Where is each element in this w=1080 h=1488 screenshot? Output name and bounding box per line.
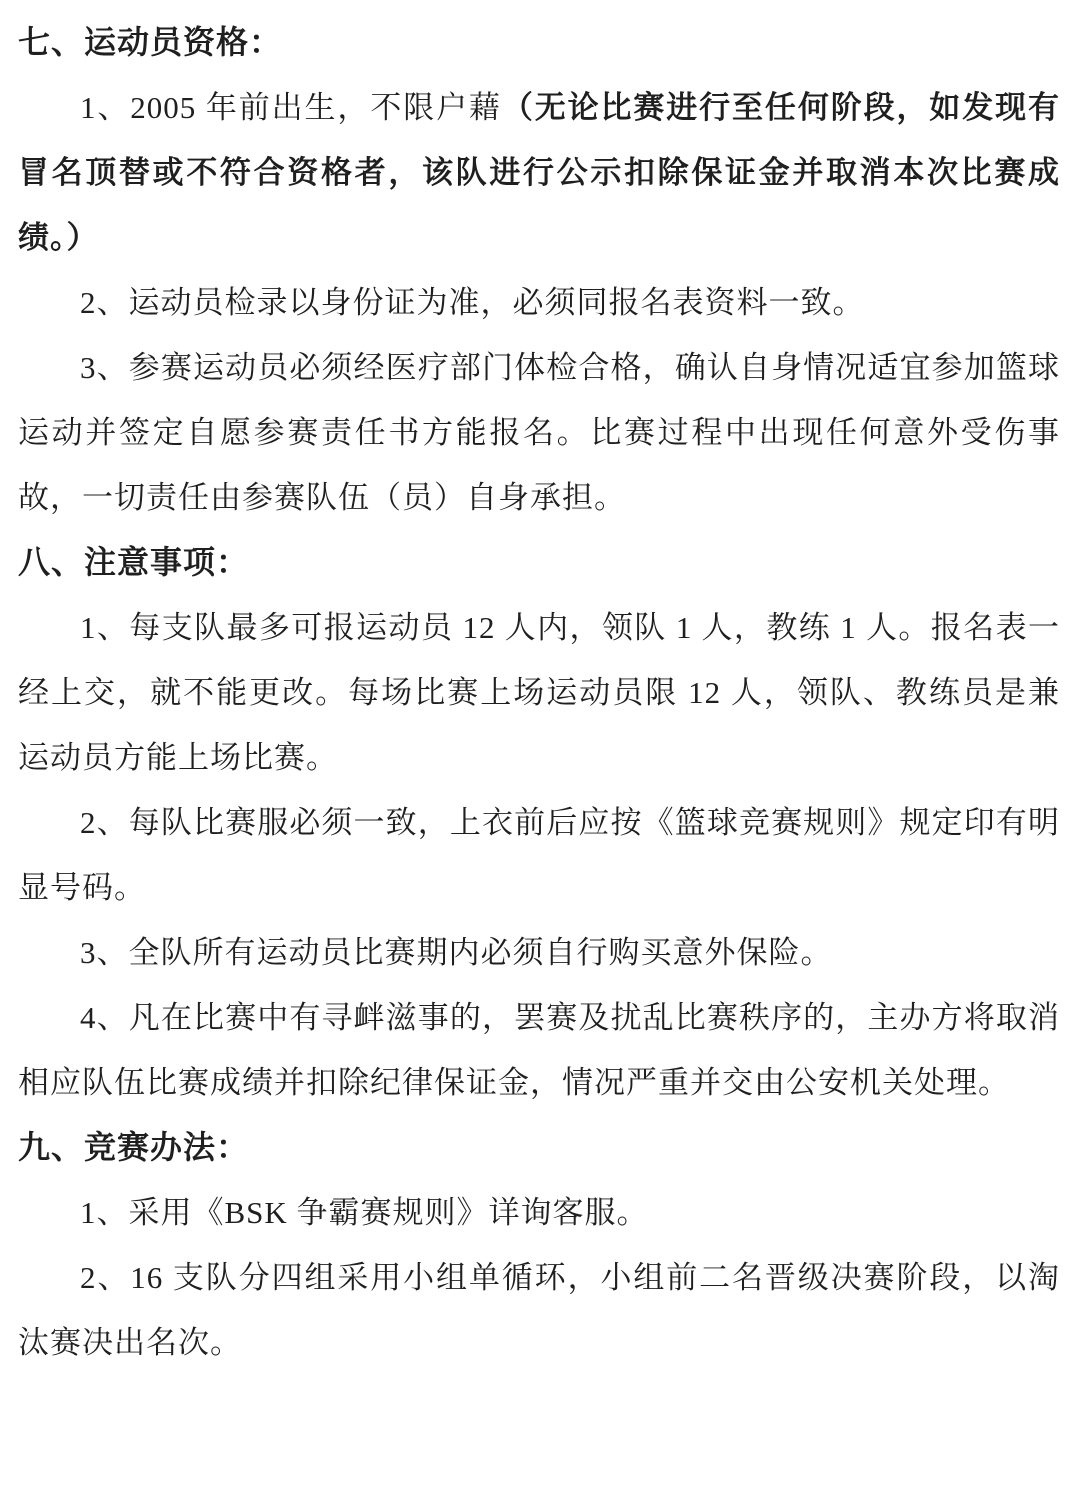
text-run: 1、每支队最多可报运动员 12 人内，领队 1 人，教练 1 人。报名表一经上交… — [18, 610, 1060, 775]
text-run: 1、2005 年前出生，不限户藉 — [80, 90, 502, 125]
paragraph: 3、全队所有运动员比赛期内必须自行购买意外保险。 — [18, 920, 1060, 985]
text-run: 2、16 支队分四组采用小组单循环，小组前二名晋级决赛阶段，以淘汰赛决出名次。 — [18, 1260, 1060, 1360]
document-page: 七、运动员资格：1、2005 年前出生，不限户藉（无论比赛进行至任何阶段，如发现… — [0, 0, 1080, 1488]
paragraph: 2、每队比赛服必须一致，上衣前后应按《篮球竞赛规则》规定印有明显号码。 — [18, 790, 1060, 920]
text-run: 3、全队所有运动员比赛期内必须自行购买意外保险。 — [80, 935, 833, 970]
paragraph: 1、每支队最多可报运动员 12 人内，领队 1 人，教练 1 人。报名表一经上交… — [18, 595, 1060, 790]
text-run: 2、每队比赛服必须一致，上衣前后应按《篮球竞赛规则》规定印有明显号码。 — [18, 805, 1060, 905]
paragraph: 1、2005 年前出生，不限户藉（无论比赛进行至任何阶段，如发现有冒名顶替或不符… — [18, 75, 1060, 270]
text-run: 3、参赛运动员必须经医疗部门体检合格，确认自身情况适宜参加篮球运动并签定自愿参赛… — [18, 350, 1060, 515]
paragraph: 4、凡在比赛中有寻衅滋事的，罢赛及扰乱比赛秩序的，主办方将取消相应队伍比赛成绩并… — [18, 985, 1060, 1115]
paragraph: 2、16 支队分四组采用小组单循环，小组前二名晋级决赛阶段，以淘汰赛决出名次。 — [18, 1245, 1060, 1375]
text-run: 2、运动员检录以身份证为准，必须同报名表资料一致。 — [80, 285, 865, 320]
section-heading: 八、注意事项： — [18, 530, 1060, 595]
text-run: 4、凡在比赛中有寻衅滋事的，罢赛及扰乱比赛秩序的，主办方将取消相应队伍比赛成绩并… — [18, 1000, 1060, 1100]
paragraph: 2、运动员检录以身份证为准，必须同报名表资料一致。 — [18, 270, 1060, 335]
document-body: 七、运动员资格：1、2005 年前出生，不限户藉（无论比赛进行至任何阶段，如发现… — [18, 10, 1060, 1375]
paragraph: 3、参赛运动员必须经医疗部门体检合格，确认自身情况适宜参加篮球运动并签定自愿参赛… — [18, 335, 1060, 530]
text-run: 1、采用《BSK 争霸赛规则》详询客服。 — [80, 1195, 649, 1230]
section-heading: 七、运动员资格： — [18, 10, 1060, 75]
paragraph: 1、采用《BSK 争霸赛规则》详询客服。 — [18, 1180, 1060, 1245]
section-heading: 九、竞赛办法： — [18, 1115, 1060, 1180]
